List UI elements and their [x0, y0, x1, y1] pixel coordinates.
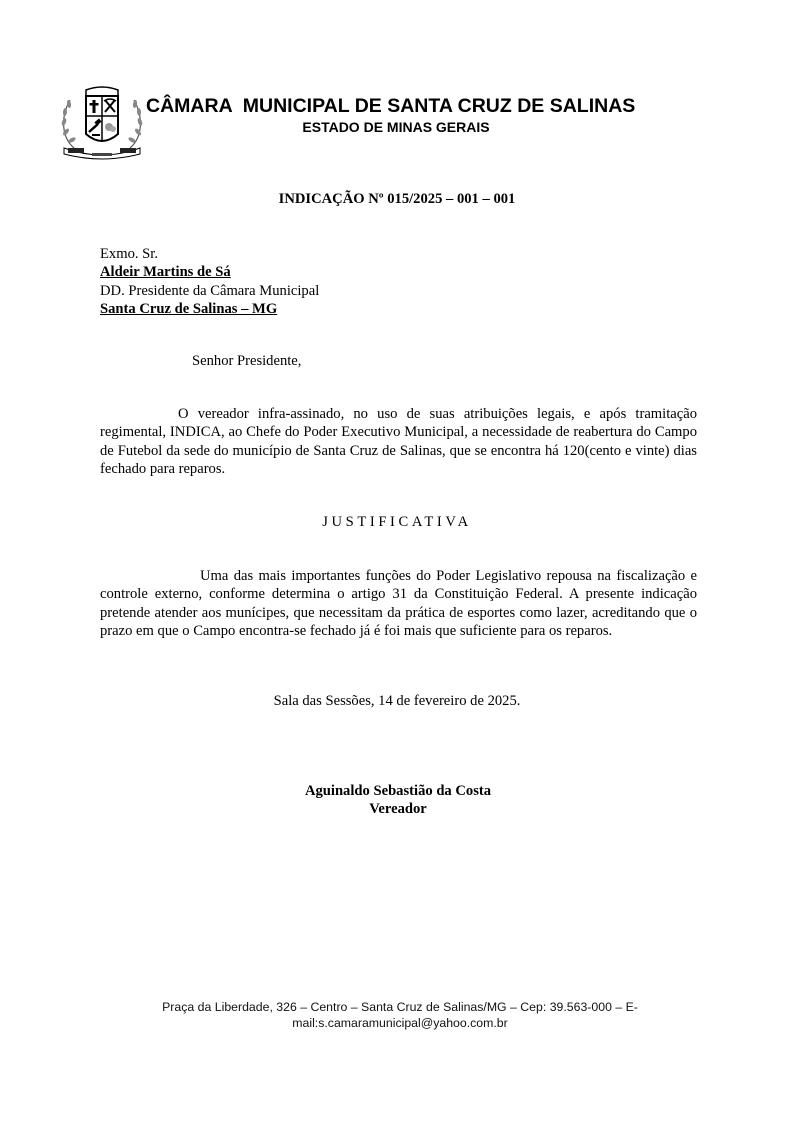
addressee-salutation-title: Exmo. Sr. — [100, 245, 500, 263]
justification-paragraph: Uma das mais importantes funções do Pode… — [100, 567, 697, 641]
justification-heading: JUSTIFICATIVA — [0, 513, 794, 531]
footer-email-line: mail:s.camaramunicipal@yahoo.com.br — [130, 1015, 670, 1031]
addressee-block: Exmo. Sr. Aldeir Martins de Sá DD. Presi… — [100, 245, 500, 319]
institution-title: CÂMARA MUNICIPAL DE SANTA CRUZ DE SALINA… — [146, 95, 686, 118]
salutation: Senhor Presidente, — [192, 352, 301, 370]
addressee-city: Santa Cruz de Salinas – MG — [100, 301, 277, 317]
footer-address: Praça da Liberdade, 326 – Centro – Santa… — [130, 999, 670, 1031]
addressee-role: DD. Presidente da Câmara Municipal — [100, 282, 500, 300]
signer-name: Aguinaldo Sebastião da Costa — [0, 782, 794, 800]
document-page: CÂMARA MUNICIPAL DE SANTA CRUZ DE SALINA… — [0, 0, 794, 1123]
municipal-coat-of-arms-icon — [56, 82, 148, 160]
addressee-name: Aldeir Martins de Sá — [100, 264, 231, 280]
place-and-date: Sala das Sessões, 14 de fevereiro de 202… — [0, 692, 794, 710]
signature-block: Aguinaldo Sebastião da Costa Vereador — [0, 782, 794, 819]
footer-address-line1: Praça da Liberdade, 326 – Centro – Santa… — [130, 999, 670, 1015]
body-paragraph: O vereador infra-assinado, no uso de sua… — [100, 405, 697, 479]
signer-role: Vereador — [0, 800, 794, 818]
document-number: INDICAÇÃO Nº 015/2025 – 001 – 001 — [0, 190, 794, 208]
institution-subtitle: ESTADO DE MINAS GERAIS — [146, 119, 646, 135]
